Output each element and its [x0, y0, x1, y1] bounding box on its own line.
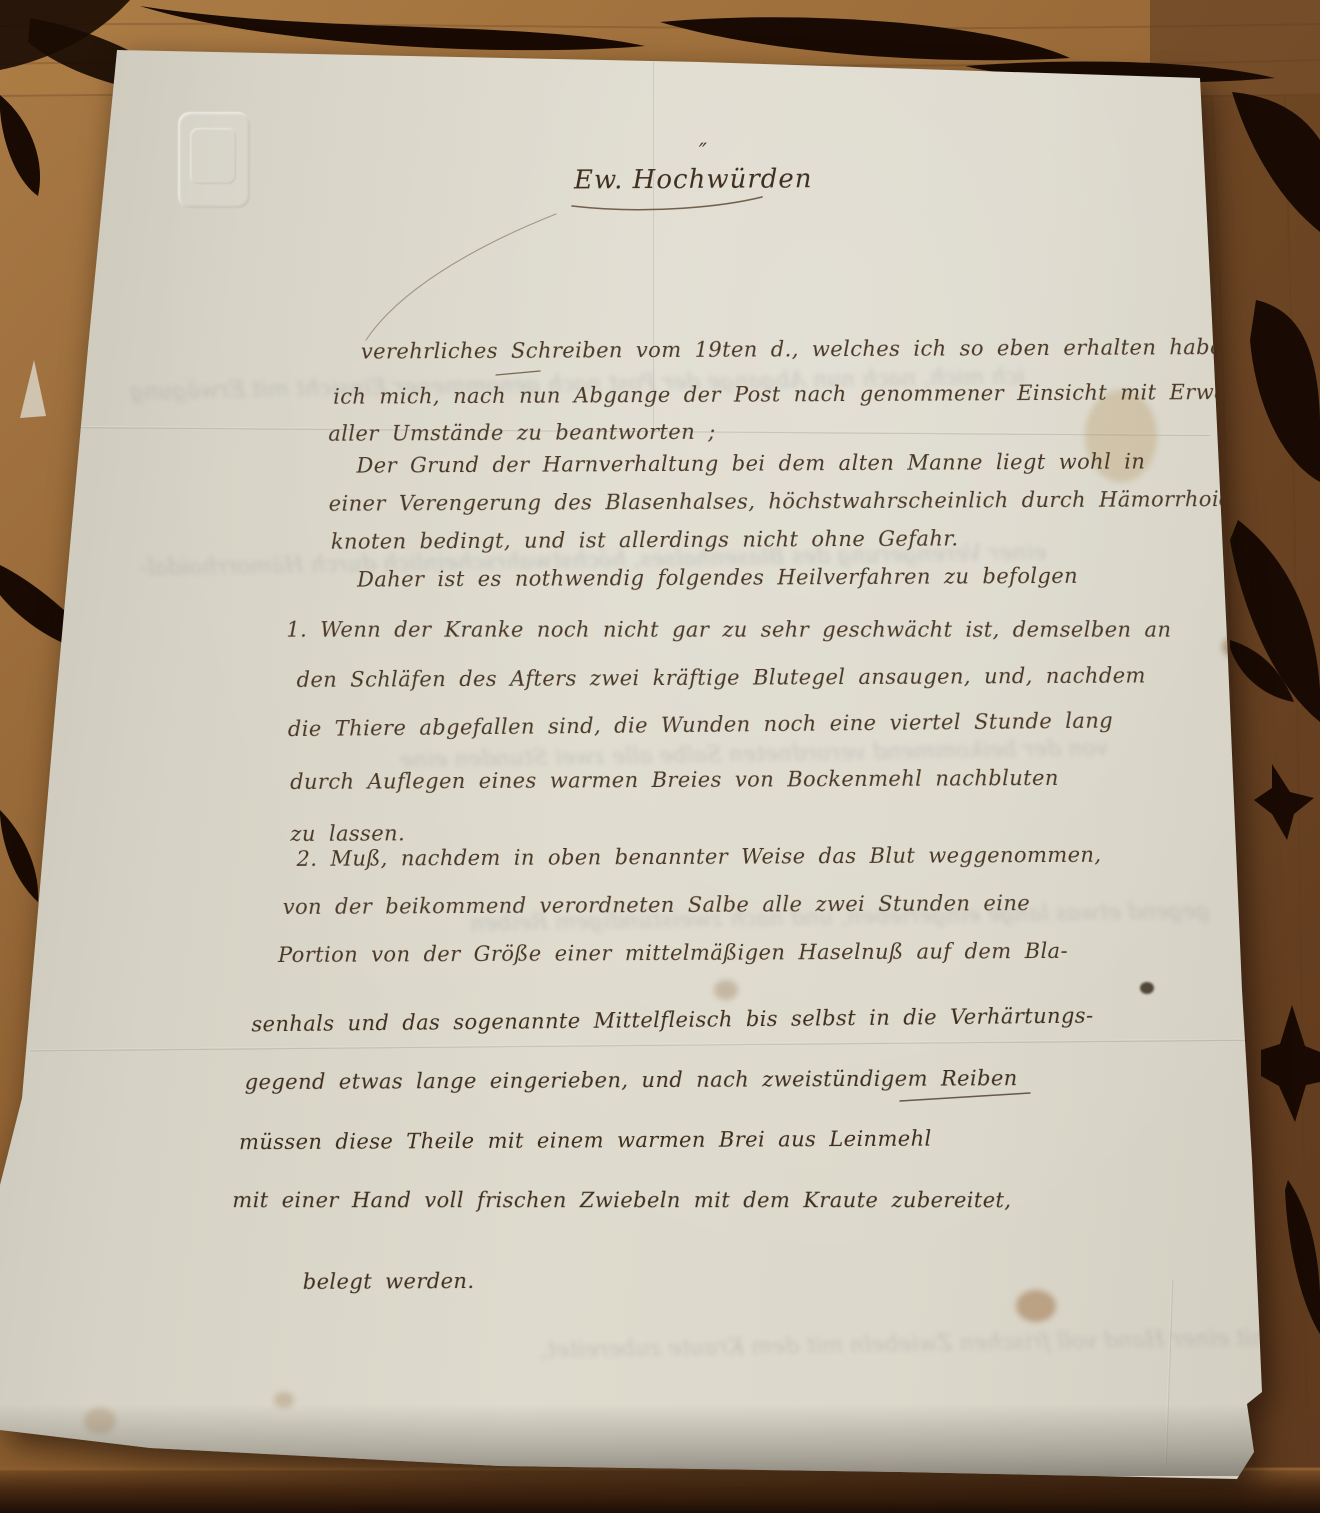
handwritten-line: 2. Muß, nachdem in oben benannter Weise … — [296, 843, 1101, 871]
handwritten-line: einer Verengerung des Blasenhalses, höch… — [329, 487, 1261, 516]
handwritten-line: Der Grund der Harnverhaltung bei dem alt… — [356, 449, 1145, 477]
salutation: Ew. Hochwürden — [574, 164, 813, 195]
handwritten-line: gegend etwas lange eingerieben, und nach… — [245, 1066, 1018, 1094]
handwritten-line: aller Umstände zu beantworten ; — [328, 420, 715, 446]
handwritten-line: Daher ist es nothwendig folgendes Heilve… — [357, 564, 1078, 592]
handwritten-line: durch Auflegen eines warmen Breies von B… — [290, 766, 1059, 794]
handwritten-line: Portion von der Größe einer mittelmäßige… — [278, 939, 1068, 967]
handwritten-line: knoten bedingt, und ist allerdings nicht… — [331, 526, 959, 553]
letter-sheet: ich mich, nach nun Abgange der Post nach… — [0, 0, 1320, 1513]
handwritten-line: senhals und das sogenannte Mittelfleisch… — [251, 1004, 1093, 1037]
handwriting-layer: Ew. Hochwürden ″ verehrliches Schreiben … — [0, 0, 1320, 1513]
page-bottom-curl-shading — [0, 1404, 1320, 1476]
handwritten-line: müssen diese Theile mit einem warmen Bre… — [239, 1127, 932, 1155]
handwritten-line: ich mich, nach nun Abgange der Post nach… — [333, 380, 1283, 409]
handwritten-line: den Schläfen des Afters zwei kräftige Bl… — [297, 663, 1146, 691]
handwritten-line: die Thiere abgefallen sind, die Wunden n… — [288, 708, 1113, 741]
handwritten-line: belegt werden. — [303, 1269, 475, 1294]
photo-of-letter-on-carved-table: ich mich, nach nun Abgange der Post nach… — [0, 0, 1320, 1513]
letter-sheet-shadow: ich mich, nach nun Abgange der Post nach… — [0, 0, 1320, 1513]
handwritten-line: 1. Wenn der Kranke noch nicht gar zu seh… — [286, 618, 1171, 642]
handwritten-line: verehrliches Schreiben vom 19ten d., wel… — [361, 335, 1320, 364]
handwritten-line: mit einer Hand voll frischen Zwiebeln mi… — [232, 1188, 1011, 1212]
handwritten-line: zu lassen. — [290, 821, 405, 846]
handwritten-line: von der beikommend verordneten Salbe all… — [283, 891, 1030, 919]
u-diacritic-mark: ″ — [699, 140, 707, 165]
